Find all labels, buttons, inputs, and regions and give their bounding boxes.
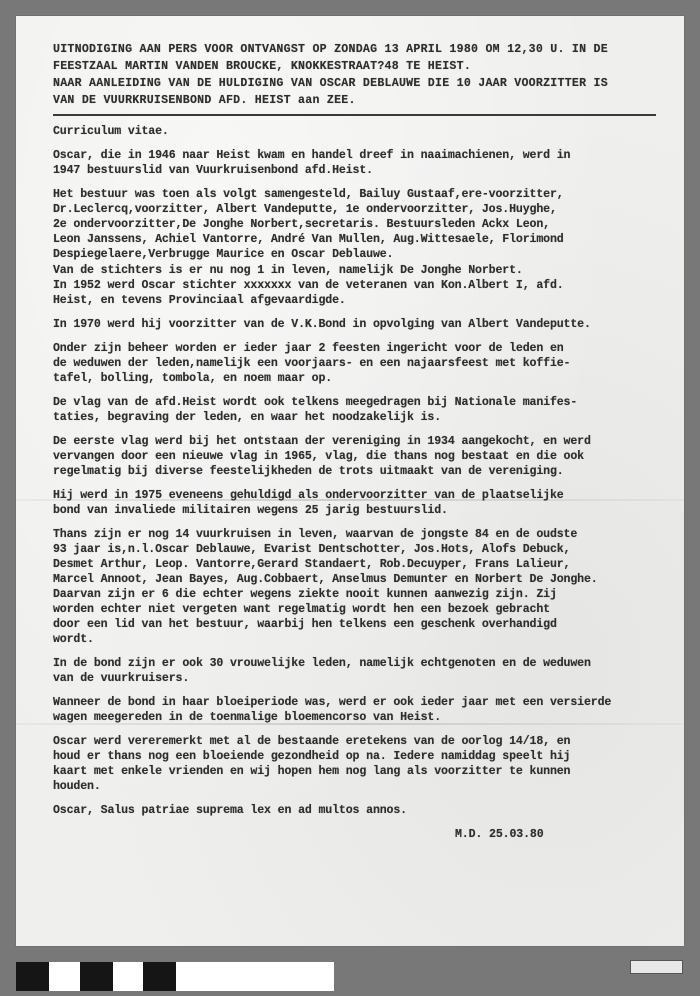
paragraph: In de bond zijn er ook 30 vrouwelijke le… [53,656,663,686]
invitation-heading: UITNODIGING AAN PERS VOOR ONTVANGST OP Z… [53,42,663,108]
text-line: door een lid van het bestuur, waarbij he… [53,617,663,632]
text-line: Wanneer de bond in haar bloeiperiode was… [53,695,663,710]
text-line: In 1970 werd hij voorzitter van de V.K.B… [53,317,663,332]
text-line: In 1952 werd Oscar stichter xxxxxxx van … [53,278,663,293]
text-line: De vlag van de afd.Heist wordt ook telke… [53,395,663,410]
white-color-patch [49,962,80,991]
heading-divider [53,114,656,116]
black-color-patch [80,962,113,991]
paragraph: Thans zijn er nog 14 vuurkruisen in leve… [53,527,663,647]
text-line: worden echter niet vergeten want regelma… [53,602,663,617]
scan-calibration-strip [16,962,334,991]
white-color-patch [176,962,334,991]
text-line: Curriculum vitae. [53,124,663,139]
text-line: Daarvan zijn er 6 die echter wegens ziek… [53,587,663,602]
text-line: De eerste vlag werd bij het ontstaan der… [53,434,663,449]
paragraph: Wanneer de bond in haar bloeiperiode was… [53,695,663,725]
paragraph: Oscar, Salus patriae suprema lex en ad m… [53,803,663,818]
text-line: Leon Janssens, Achiel Vantorre, André Va… [53,232,663,247]
black-color-patch [143,962,176,991]
text-line: Desmet Arthur, Leop. Vantorre,Gerard Sta… [53,557,663,572]
text-line: bond van invaliede militairen wegens 25 … [53,503,663,518]
paragraph: Oscar werd vereremerkt met al de bestaan… [53,734,663,794]
signature-initials-date: M.D. 25.03.80 [53,827,663,842]
text-line: Heist, en tevens Provinciaal afgevaardig… [53,293,663,308]
text-line: 1947 bestuurslid van Vuurkruisenbond afd… [53,163,663,178]
text-line: Oscar werd vereremerkt met al de bestaan… [53,734,663,749]
text-line: Oscar, Salus patriae suprema lex en ad m… [53,803,663,818]
text-line: Marcel Annoot, Jean Bayes, Aug.Cobbaert,… [53,572,663,587]
paragraph: In 1970 werd hij voorzitter van de V.K.B… [53,317,663,332]
white-color-patch [113,962,143,991]
black-color-patch [16,962,49,991]
text-line: houden. [53,779,663,794]
text-line: wagen meegereden in de toenmalige bloeme… [53,710,663,725]
archive-label [630,960,683,974]
text-line: tafel, bolling, tombola, en noem maar op… [53,371,663,386]
paragraph: Van de stichters is er nu nog 1 in leven… [53,263,663,308]
text-line: de weduwen der leden,namelijk een voorja… [53,356,663,371]
paragraph: Oscar, die in 1946 naar Heist kwam en ha… [53,148,663,178]
text-line: Oscar, die in 1946 naar Heist kwam en ha… [53,148,663,163]
text-line: 2e ondervoorzitter,De Jonghe Norbert,sec… [53,217,663,232]
text-line: Onder zijn beheer worden er ieder jaar 2… [53,341,663,356]
heading-line: FEESTZAAL MARTIN VANDEN BROUCKE, KNOKKES… [53,59,663,74]
text-line: regelmatig bij diverse feestelijkheden d… [53,464,663,479]
section-title: Curriculum vitae. [53,124,663,139]
text-line: taties, begraving der leden, en waar het… [53,410,663,425]
scanned-document-viewer: UITNODIGING AAN PERS VOOR ONTVANGST OP Z… [0,0,700,996]
heading-line: NAAR AANLEIDING VAN DE HULDIGING VAN OSC… [53,76,663,91]
paragraph: Hij werd in 1975 eveneens gehuldigd als … [53,488,663,518]
text-line: wordt. [53,632,663,647]
document-body: UITNODIGING AAN PERS VOOR ONTVANGST OP Z… [53,42,663,842]
heading-line: VAN DE VUURKRUISENBOND AFD. HEIST aan ZE… [53,93,663,108]
text-line: vervangen door een nieuwe vlag in 1965, … [53,449,663,464]
text-line: van de vuurkruisers. [53,671,663,686]
text-line: 93 jaar is,n.l.Oscar Deblauwe, Evarist D… [53,542,663,557]
text-line: kaart met enkele vrienden en wij hopen h… [53,764,663,779]
text-line: houd er thans nog een bloeiende gezondhe… [53,749,663,764]
heading-line: UITNODIGING AAN PERS VOOR ONTVANGST OP Z… [53,42,663,57]
text-line: Het bestuur was toen als volgt samengest… [53,187,663,202]
curriculum-vitae-text: Curriculum vitae.Oscar, die in 1946 naar… [53,124,663,818]
text-line: Van de stichters is er nu nog 1 in leven… [53,263,663,278]
text-line: Thans zijn er nog 14 vuurkruisen in leve… [53,527,663,542]
paragraph: De vlag van de afd.Heist wordt ook telke… [53,395,663,425]
paragraph: Het bestuur was toen als volgt samengest… [53,187,663,262]
text-line: In de bond zijn er ook 30 vrouwelijke le… [53,656,663,671]
text-line: Dr.Leclercq,voorzitter, Albert Vandeputt… [53,202,663,217]
paragraph: Onder zijn beheer worden er ieder jaar 2… [53,341,663,386]
text-line: Hij werd in 1975 eveneens gehuldigd als … [53,488,663,503]
typewritten-page: UITNODIGING AAN PERS VOOR ONTVANGST OP Z… [16,16,684,946]
paragraph: De eerste vlag werd bij het ontstaan der… [53,434,663,479]
text-line: Despiegelaere,Verbrugge Maurice en Oscar… [53,247,663,262]
